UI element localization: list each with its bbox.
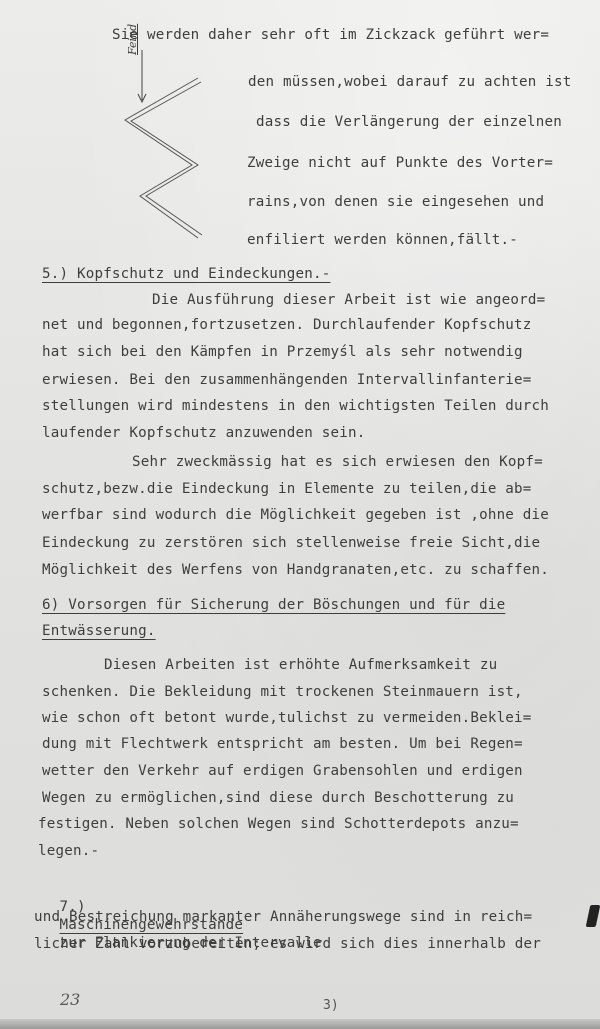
section-5-heading: 5.) Kopfschutz und Eindeckungen.- bbox=[42, 265, 330, 283]
section-6-heading-line-2: Entwässerung. bbox=[42, 622, 156, 640]
section-5-line-2: net und begonnen,fortzusetzen. Durchlauf… bbox=[42, 316, 532, 334]
intro-line-6: enfiliert werden können,fällt.- bbox=[247, 231, 518, 249]
section-7-line-1: und Bestreichung markanter Annäherungswe… bbox=[34, 908, 532, 926]
arrow-down-icon bbox=[138, 50, 146, 102]
section-5-line-6: laufender Kopfschutz anzuwenden sein. bbox=[42, 424, 365, 442]
section-6-line-7: festigen. Neben solchen Wegen sind Schot… bbox=[38, 815, 519, 833]
section-6-line-4: dung mit Flechtwerk entspricht am besten… bbox=[42, 735, 523, 753]
section-5-line-7: Sehr zweckmässig hat es sich erwiesen de… bbox=[132, 453, 543, 471]
section-6-heading-line-1: 6) Vorsorgen für Sicherung der Böschunge… bbox=[42, 596, 505, 614]
section-5-line-4: erwiesen. Bei den zusammenhängenden Inte… bbox=[42, 371, 532, 389]
intro-line-3: dass die Verlängerung der einzelnen bbox=[256, 113, 562, 131]
section-7-line-2: licher Zahl vorzubereiten; es wird sich … bbox=[34, 935, 541, 953]
section-5-line-1: Die Ausführung dieser Arbeit ist wie ang… bbox=[152, 291, 545, 309]
page-bottom-edge bbox=[0, 1019, 600, 1029]
handwritten-folio-number: 23 bbox=[60, 990, 80, 1009]
page-number: 3) bbox=[323, 998, 339, 1013]
section-5-line-8: schutz,bezw.die Eindeckung in Elemente z… bbox=[42, 480, 532, 498]
section-6-line-3: wie schon oft betont wurde,tulichst zu v… bbox=[42, 709, 532, 727]
section-5-line-11: Möglichkeit des Werfens von Handgranaten… bbox=[42, 561, 549, 579]
section-5-line-3: hat sich bei den Kämpfen in Przemyśl als… bbox=[42, 343, 523, 361]
section-5-line-5: stellungen wird mindestens in den wichti… bbox=[42, 397, 549, 415]
section-5-line-9: werfbar sind wodurch die Möglichkeit geg… bbox=[42, 506, 549, 524]
intro-line-4: Zweige nicht auf Punkte des Vorter= bbox=[247, 154, 553, 172]
zigzag-trench-diagram bbox=[110, 40, 250, 240]
section-6-line-5: wetter den Verkehr auf erdigen Grabensoh… bbox=[42, 762, 523, 780]
margin-ink-mark bbox=[586, 905, 600, 927]
intro-line-2: den müssen,wobei darauf zu achten ist bbox=[248, 73, 571, 91]
section-6-line-6: Wegen zu ermöglichen,sind diese durch Be… bbox=[42, 789, 514, 807]
section-5-line-10: Eindeckung zu zerstören sich stellenweis… bbox=[42, 534, 540, 552]
section-6-line-1: Diesen Arbeiten ist erhöhte Aufmerksamke… bbox=[104, 656, 497, 674]
section-6-line-8: legen.- bbox=[38, 842, 99, 860]
section-6-line-2: schenken. Die Bekleidung mit trockenen S… bbox=[42, 683, 523, 701]
intro-line-5: rains,von denen sie eingesehen und bbox=[247, 193, 544, 211]
